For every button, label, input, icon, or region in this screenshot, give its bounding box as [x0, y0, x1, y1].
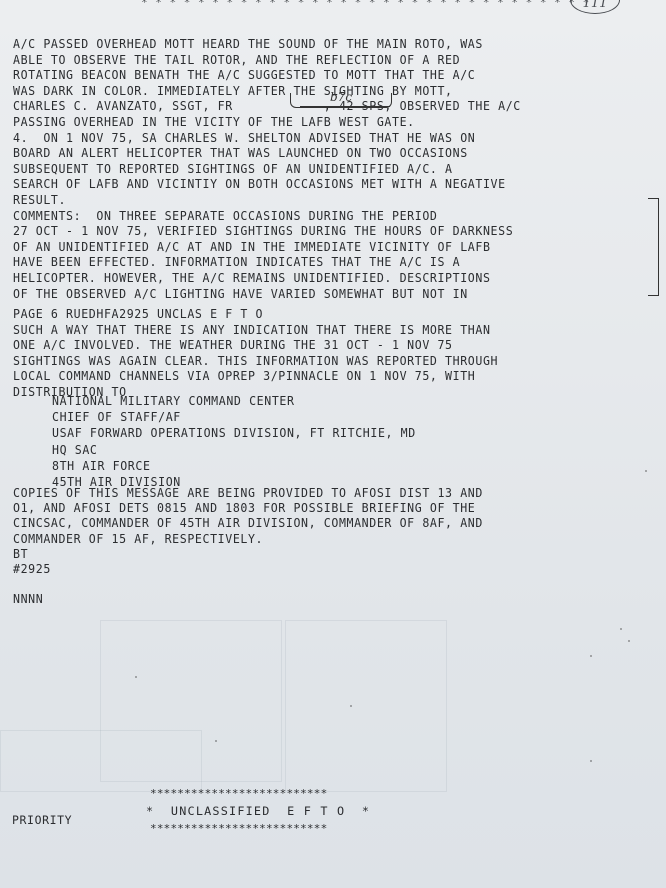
- header-asterisk-border: * * * * * * * * * * * * * * * * * * * * …: [141, 0, 590, 9]
- text-line: RESULT.: [13, 193, 66, 208]
- text-line: ROTATING BEACON BENATH THE A/C SUGGESTED…: [13, 68, 475, 83]
- text-line: OF AN UNIDENTIFIED A/C AT AND IN THE IMM…: [13, 239, 491, 254]
- text-line: COMMENTS: ON THREE SEPARATE OCCASIONS DU…: [13, 208, 437, 223]
- handwritten-page-number: 111: [570, 0, 620, 14]
- text-line: 27 OCT - 1 NOV 75, VERIFIED SIGHTINGS DU…: [13, 224, 513, 239]
- text-line: 4. ON 1 NOV 75, SA CHARLES W. SHELTON AD…: [13, 130, 475, 145]
- text-line: HAVE BEEN EFFECTED. INFORMATION INDICATE…: [13, 255, 460, 270]
- text-line: OF THE OBSERVED A/C LIGHTING HAVE VARIED…: [13, 286, 468, 301]
- text-line: CHARLES C. AVANZATO, SSGT, FR , 42 SPS, …: [13, 99, 521, 114]
- text-line: O1, AND AFOSI DETS 0815 AND 1803 FOR POS…: [13, 501, 475, 516]
- precedence-label: PRIORITY: [12, 813, 72, 827]
- distribution-item: 8TH AIR FORCE: [52, 458, 151, 473]
- distribution-item: CHIEF OF STAFF/AF: [52, 410, 181, 425]
- text-line: ONE A/C INVOLVED. THE WEATHER DURING THE…: [13, 338, 453, 353]
- document-page: * * * * * * * * * * * * * * * * * * * * …: [0, 0, 666, 888]
- text-line: SUCH A WAY THAT THERE IS ANY INDICATION …: [13, 322, 491, 337]
- text-line: #2925: [13, 562, 51, 577]
- distribution-item: NATIONAL MILITARY COMMAND CENTER: [52, 394, 295, 409]
- text-line: HELICOPTER. HOWEVER, THE A/C REMAINS UNI…: [13, 271, 491, 286]
- text-line: BOARD AN ALERT HELICOPTER THAT WAS LAUNC…: [13, 146, 468, 161]
- text-line: SUBSEQUENT TO REPORTED SIGHTINGS OF AN U…: [13, 161, 453, 176]
- distribution-item: HQ SAC: [52, 442, 97, 457]
- classification-border-bottom: **************************: [150, 822, 327, 835]
- text-line: COPIES OF THIS MESSAGE ARE BEING PROVIDE…: [13, 486, 483, 501]
- text-line: COMMANDER OF 15 AF, RESPECTIVELY.: [13, 531, 263, 546]
- text-line: BT: [13, 546, 28, 561]
- text-line: A/C PASSED OVERHEAD MOTT HEARD THE SOUND…: [13, 37, 483, 52]
- text-line: CINCSAC, COMMANDER OF 45TH AIR DIVISION,…: [13, 516, 483, 531]
- text-line: LOCAL COMMAND CHANNELS VIA OPREP 3/PINNA…: [13, 369, 475, 384]
- bleed-through-box: [285, 620, 447, 792]
- text-line: NNNN: [13, 592, 43, 607]
- bleed-through-box: [0, 730, 202, 792]
- text-line: ABLE TO OBSERVE THE TAIL ROTOR, AND THE …: [13, 52, 460, 67]
- text-line: PASSING OVERHEAD IN THE VICITY OF THE LA…: [13, 115, 415, 130]
- classification-border-top: **************************: [150, 787, 327, 800]
- classification-banner: * UNCLASSIFIED E F T O *: [146, 804, 370, 818]
- distribution-item: USAF FORWARD OPERATIONS DIVISION, FT RIT…: [52, 426, 416, 441]
- handwritten-margin-bracket: [648, 198, 659, 296]
- text-line: PAGE 6 RUEDHFA2925 UNCLAS E F T O: [13, 307, 263, 322]
- text-line: SIGHTINGS WAS AGAIN CLEAR. THIS INFORMAT…: [13, 353, 498, 368]
- redaction-note: b7c: [330, 90, 352, 104]
- text-line: SEARCH OF LAFB AND VICINTIY ON BOTH OCCA…: [13, 177, 506, 192]
